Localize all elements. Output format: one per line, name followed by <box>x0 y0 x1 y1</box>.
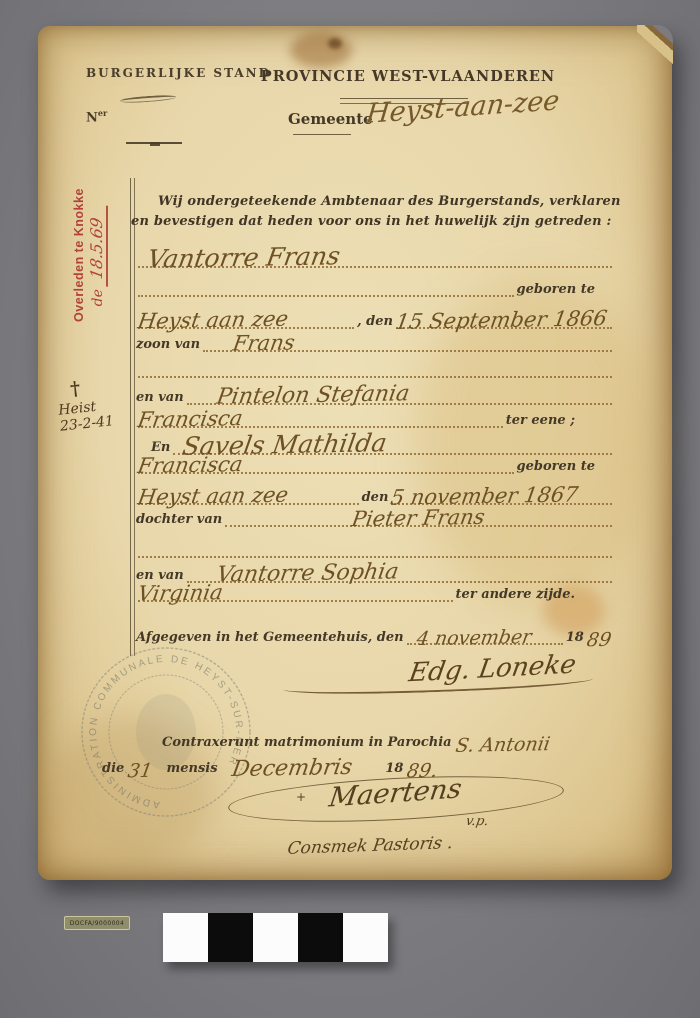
gemeente-handwritten: Heyst-aan-zee <box>365 85 561 130</box>
number-label: Ner <box>86 108 107 125</box>
dotted-rule: Francisca <box>138 456 514 474</box>
dotted-rule: 4 november <box>407 629 563 645</box>
issue-date: 4 november <box>415 628 532 648</box>
mensis-label: mensis <box>163 761 222 776</box>
dochter-van-line: dochter van Pieter Frans <box>133 501 612 527</box>
overleden-stamp: Overleden te Knokke de 18.5.69 <box>72 169 120 341</box>
number-label-base: N <box>86 110 98 125</box>
zoon-van-label: zoon van <box>133 337 203 352</box>
groom-birth-line: Heyst aan zee , den 15 September 1866 <box>138 297 612 329</box>
calibration-bar <box>163 913 388 962</box>
number-label-sup: er <box>98 108 107 118</box>
calibration-square-black <box>208 913 253 962</box>
calibration-square-white <box>253 913 298 962</box>
groom-name-line: Vantorre Frans <box>138 236 612 268</box>
corner-fold <box>637 25 673 71</box>
bride-mother-cont: Virginia <box>136 583 224 604</box>
en-van-line-1: en van Pintelon Stefania <box>133 373 612 405</box>
overleden-stamp-text: Overleden te Knokke <box>72 169 86 341</box>
dotted-rule: Pieter Frans <box>225 509 612 527</box>
dotted-rule: Frans <box>203 334 612 352</box>
priest-title: v.p. <box>465 814 490 829</box>
geboren-te-label: geboren te <box>514 282 599 297</box>
parish-day: 31 <box>127 762 154 780</box>
die-label: die <box>98 761 128 776</box>
overleden-date: 18.5.69 <box>87 202 108 287</box>
overleden-prefix: de <box>90 289 106 306</box>
priest-signature-line2: Consmek Pastoris . <box>286 833 454 859</box>
ink-stain <box>290 32 352 68</box>
ter-andere-label: ter andere zijde. <box>453 587 578 602</box>
decorative-flourish <box>120 94 176 104</box>
death-annotation: † Heist 23-2-41 <box>55 375 114 434</box>
geboren-te-label-2: geboren te <box>514 459 599 474</box>
geboren-te-line-1: geboren te <box>138 271 598 297</box>
bride-father: Pieter Frans <box>351 508 487 530</box>
gemeente-label: Gemeente <box>288 110 373 128</box>
calibration-square-white <box>163 913 208 962</box>
gemeente-underline <box>293 134 351 135</box>
ink-stain <box>328 38 342 49</box>
decorative-rule <box>126 142 182 144</box>
bride-mother-cont-line: Virginia ter andere zijde. <box>138 576 578 602</box>
overleden-date-line: de 18.5.69 <box>87 169 108 341</box>
bride-name-cont-line: Francisca geboren te <box>138 448 598 474</box>
parish-year-printed: 18 <box>381 761 407 776</box>
province-title: PROVINCIE WEST-VLAANDEREN <box>243 68 573 85</box>
afgegeven-label: Afgegeven in het Gemeentehuis, den <box>133 630 407 645</box>
intro-line-2: en bevestigen dat heden voor ons in het … <box>131 214 611 229</box>
photograph-background: { "colors": { "background_grey": "#7d7d8… <box>0 0 700 1018</box>
calibration-square-white <box>343 913 388 962</box>
calibration-square-black <box>298 913 343 962</box>
dochter-van-label: dochter van <box>133 512 225 527</box>
groom-name: Vantorre Frans <box>146 245 342 272</box>
dotted-rule: Vantorre Frans <box>138 246 612 268</box>
inventory-label: DOCFA/9000004 <box>64 916 130 930</box>
parish-month: Decembris <box>230 758 353 781</box>
dotted-rule: Virginia <box>138 584 453 602</box>
intro-line-1: Wij ondergeteekende Ambtenaar des Burger… <box>158 194 621 209</box>
zoon-van-line: zoon van Frans <box>133 326 612 352</box>
certificate-document: BURGERLIJKE STAND Ner PROVINCIE WEST-VLA… <box>38 26 672 880</box>
contraxerunt-line: Contraxerunt matrimonium in Parochia S. … <box>158 724 549 750</box>
parish-date-line: die 31 mensis Decembris 18 89. <box>98 748 518 776</box>
signature-cross: + <box>296 790 306 804</box>
year-hand: 89 <box>585 631 612 649</box>
form-vertical-rule <box>130 178 135 656</box>
afgegeven-line: Afgegeven in het Gemeentehuis, den 4 nov… <box>133 613 611 645</box>
year-printed: 18 <box>563 630 587 645</box>
